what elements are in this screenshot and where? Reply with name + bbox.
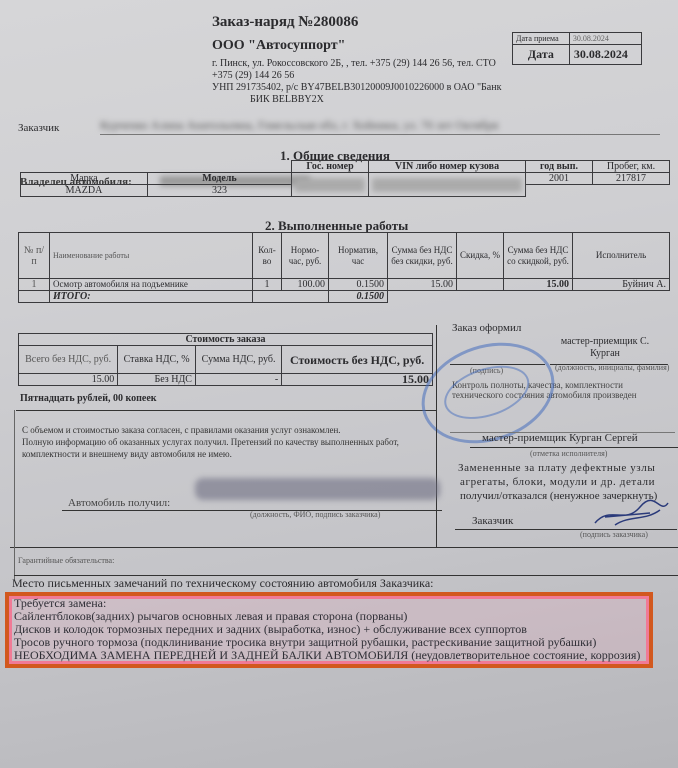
customer-label: Заказчик bbox=[18, 122, 59, 134]
vat-rate-value: Без НДС bbox=[118, 374, 196, 386]
date-received-value: 30.08.2024 bbox=[569, 33, 641, 45]
col-vat-rate: Ставка НДС, % bbox=[118, 346, 196, 374]
works-table: № п/п Наименование работы Кол-во Нормо-ч… bbox=[18, 232, 670, 303]
agreement-line-2: Полную информацию об оказанных услугах п… bbox=[22, 437, 399, 447]
date-received-label: Дата приема bbox=[513, 33, 570, 45]
date-value: 30.08.2024 bbox=[569, 45, 641, 65]
col-mileage: Пробег, км. bbox=[593, 161, 670, 173]
replaced-parts-1: Замененные за плату дефектные узлы bbox=[458, 462, 655, 474]
executor-name: мастер-приемщик Курган Сергей bbox=[482, 432, 638, 444]
replaced-parts-2: агрегаты, блоки, модули и др. детали bbox=[460, 476, 655, 488]
col-sum-discount: Сумма без НДС со скидкой, руб. bbox=[504, 233, 573, 279]
warranty-label: Гарантийные обязательства: bbox=[18, 556, 114, 565]
customer-signature bbox=[590, 495, 670, 530]
agreement-line-3: комплектности и внешнему виду автомобиля… bbox=[22, 449, 232, 459]
col-executor: Исполнитель bbox=[573, 233, 670, 279]
col-cost-no-vat: Стоимость без НДС, руб. bbox=[282, 346, 433, 374]
customer-sign-caption: (подпись заказчика) bbox=[580, 530, 648, 539]
vat-sum-value: - bbox=[195, 374, 281, 386]
col-qty: Кол-во bbox=[253, 233, 282, 279]
col-vat-sum: Сумма НДС, руб. bbox=[195, 346, 281, 374]
order-by-position: мастер-приемщик С. Курган bbox=[545, 336, 665, 360]
model-value: 323 bbox=[148, 185, 292, 197]
cost-title: Стоимость заказа bbox=[19, 334, 433, 346]
order-by-label: Заказ оформил bbox=[452, 322, 521, 334]
customer-sign-label: Заказчик bbox=[472, 515, 513, 527]
date-label: Дата bbox=[513, 45, 570, 65]
col-year: год вып. bbox=[526, 161, 593, 173]
row-sum: 15.00 bbox=[388, 279, 457, 291]
customer-value: Курченко Алина Анатольевна, Гомельская о… bbox=[100, 118, 498, 133]
general-table: Гос. номер VIN либо номер кузова год вып… bbox=[20, 160, 670, 197]
company-name: ООО "Автосуппорт" bbox=[212, 38, 345, 54]
cost-table: Стоимость заказа Всего без НДС, руб. Ста… bbox=[18, 333, 433, 386]
col-work-name: Наименование работы bbox=[50, 233, 253, 279]
cost-in-words: Пятнадцать рублей, 00 копеек bbox=[20, 393, 157, 404]
make-value: MAZDA bbox=[21, 185, 148, 197]
year-value: 2001 bbox=[526, 173, 593, 185]
position-caption: (должность, инициалы, фамилия) bbox=[555, 363, 669, 372]
col-make: Марка bbox=[21, 173, 148, 185]
car-received-value bbox=[195, 478, 440, 500]
col-norm: Норматив, час bbox=[329, 233, 388, 279]
executor-caption: (отметка исполнителя) bbox=[530, 449, 607, 458]
company-address-2: +375 (29) 144 26 56 bbox=[212, 70, 294, 81]
total-label: ИТОГО: bbox=[50, 291, 253, 303]
total-no-vat-value: 15.00 bbox=[19, 374, 118, 386]
remark-line-4: НЕОБХОДИМА ЗАМЕНА ПЕРЕДНЕЙ И ЗАДНЕЙ БАЛК… bbox=[14, 648, 640, 662]
row-rate: 100.00 bbox=[282, 279, 329, 291]
row-work-name: Осмотр автомобиля на подъемнике bbox=[50, 279, 253, 291]
remark-line-2: Дисков и колодок тормозных передних и за… bbox=[14, 622, 527, 636]
company-address-3: УНП 291735402, р/с BY47BELB30120009J0010… bbox=[212, 82, 501, 93]
remark-line-1: Сайлентблоков(задних) рычагов основных л… bbox=[14, 609, 407, 623]
col-vin: VIN либо номер кузова bbox=[369, 161, 526, 173]
row-qty: 1 bbox=[253, 279, 282, 291]
row-norm: 0.1500 bbox=[329, 279, 388, 291]
col-num: № п/п bbox=[19, 233, 50, 279]
col-discount: Скидка, % bbox=[457, 233, 504, 279]
col-model: Модель bbox=[148, 173, 292, 185]
car-received-caption: (должность, ФИО, подпись заказчика) bbox=[250, 510, 380, 519]
row-discount bbox=[457, 279, 504, 291]
row-sum-discount: 15.00 bbox=[504, 279, 573, 291]
car-received-label: Автомобиль получил: bbox=[68, 497, 170, 509]
col-sum: Сумма без НДС без скидки, руб. bbox=[388, 233, 457, 279]
order-title: Заказ-наряд №280086 bbox=[212, 14, 358, 31]
row-executor: Буйнич А. bbox=[573, 279, 670, 291]
company-address-1: г. Пинск, ул. Рокоссовского 2Б, , тел. +… bbox=[212, 58, 496, 69]
agreement-line-1: С объемом и стоимостью заказа согласен, … bbox=[22, 425, 341, 435]
table-row: 1 Осмотр автомобиля на подъемнике 1 100.… bbox=[19, 279, 670, 291]
remark-line-3: Тросов ручного тормоза (подклинивание тр… bbox=[14, 635, 596, 649]
company-address-4: БИК BELBBY2X bbox=[250, 94, 324, 105]
date-table: Дата приема 30.08.2024 Дата 30.08.2024 bbox=[512, 32, 642, 65]
remarks-label: Место письменных замечаний по техническо… bbox=[12, 576, 433, 591]
row-num: 1 bbox=[19, 279, 50, 291]
cost-no-vat-value: 15.00 bbox=[282, 374, 433, 386]
remark-line-0: Требуется замена: bbox=[14, 596, 106, 610]
col-rate: Нормо-час, руб. bbox=[282, 233, 329, 279]
col-total-no-vat: Всего без НДС, руб. bbox=[19, 346, 118, 374]
col-gos-number: Гос. номер bbox=[292, 161, 369, 173]
mileage-value: 217817 bbox=[593, 173, 670, 185]
total-norm: 0.1500 bbox=[329, 291, 388, 303]
